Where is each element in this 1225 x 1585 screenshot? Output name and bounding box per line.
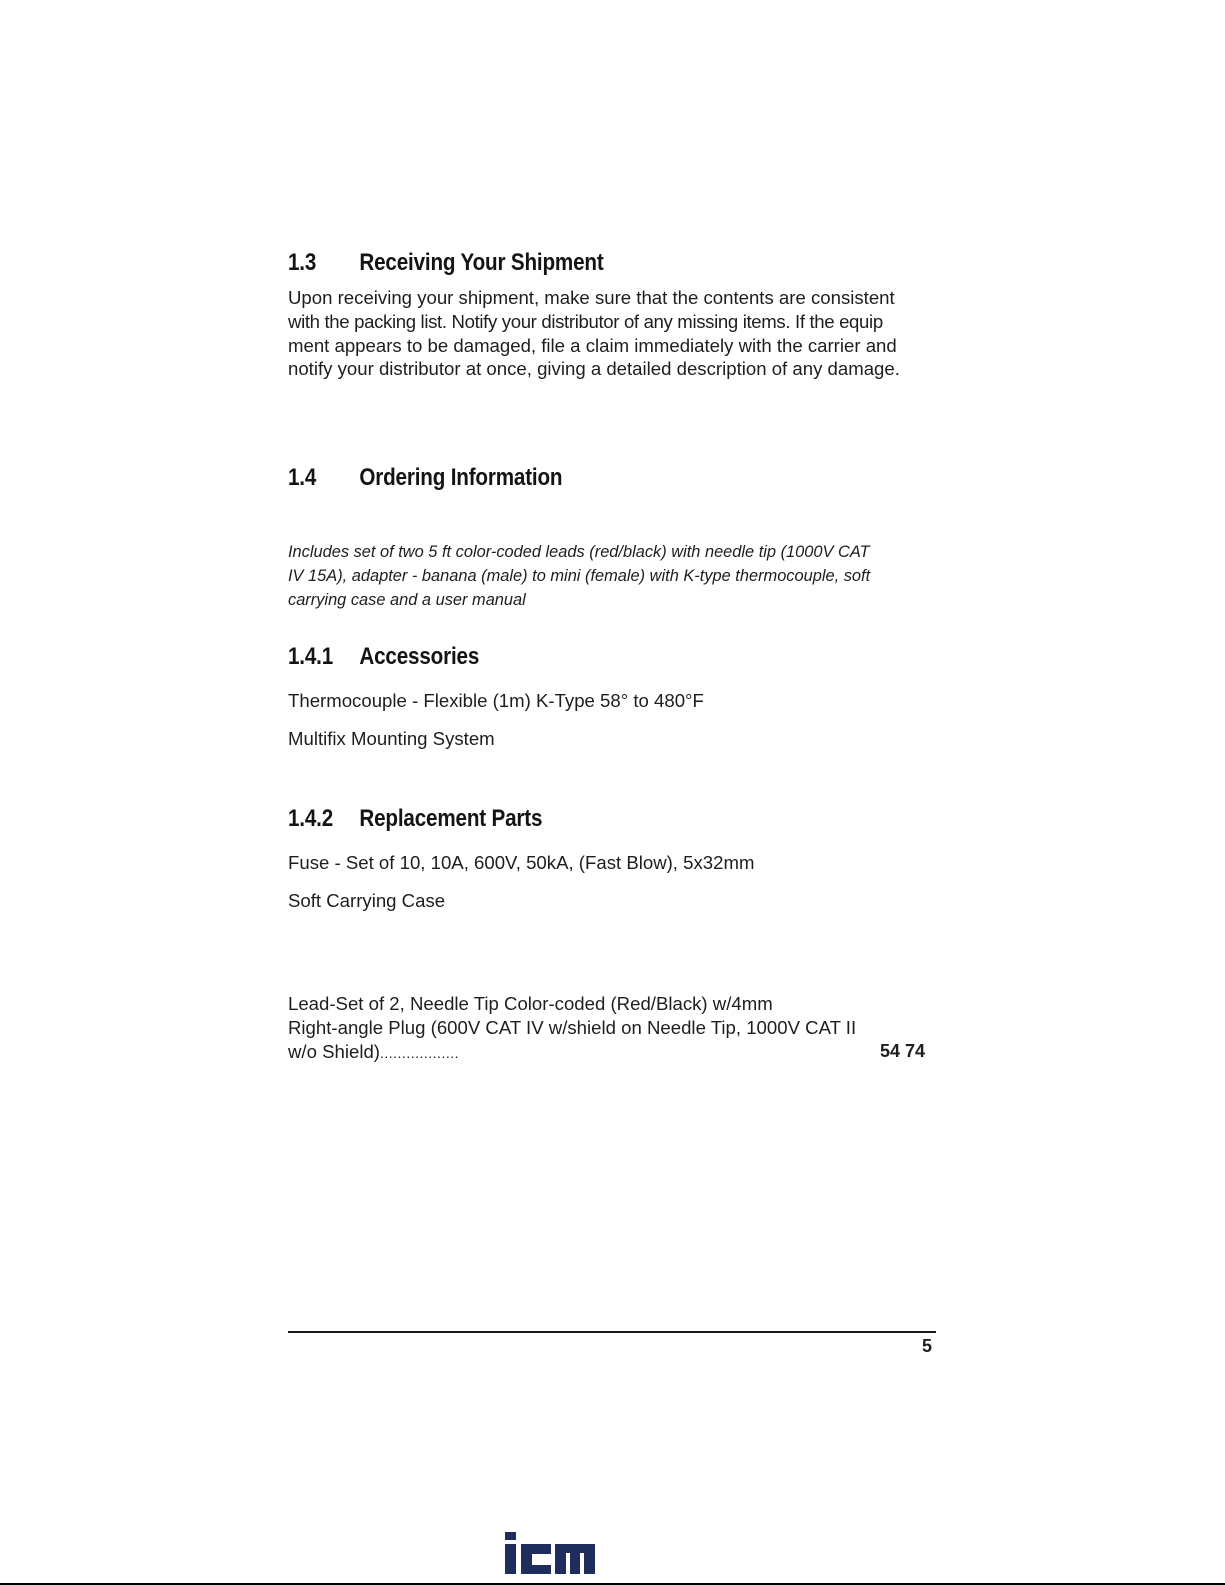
page-number: 5: [922, 1336, 932, 1357]
section-title: Accessories: [359, 643, 479, 670]
paragraph-line: notify your distributor at once, giving …: [288, 357, 900, 381]
replacement-item: Fuse - Set of 10, 10A, 600V, 50kA, (Fast…: [288, 852, 754, 874]
accessory-item: Multifix Mounting System: [288, 728, 495, 750]
paragraph-line: carrying case and a user manual: [288, 588, 870, 612]
section-number: 1.4: [288, 464, 359, 492]
item-line: Right-angle Plug (600V CAT IV w/shield o…: [288, 1016, 856, 1040]
replacement-item: Soft Carrying Case: [288, 890, 445, 912]
accessory-item: Thermocouple - Flexible (1m) K-Type 58° …: [288, 690, 704, 712]
dot-leader: ..................: [380, 1045, 459, 1061]
section-number: 1.4.2: [288, 805, 359, 833]
section-number: 1.4.1: [288, 643, 359, 671]
section-title: Replacement Parts: [359, 805, 542, 832]
section-heading-receiving: 1.3Receiving Your Shipment: [288, 249, 604, 277]
section-title: Ordering Information: [359, 464, 562, 491]
item-line-last: w/o Shield)..................: [288, 1040, 856, 1066]
lead-set-item: Lead-Set of 2, Needle Tip Color-coded (R…: [288, 992, 856, 1065]
item-line: w/o Shield): [288, 1041, 380, 1062]
item-line: Lead-Set of 2, Needle Tip Color-coded (R…: [288, 992, 856, 1016]
section-heading-replacement: 1.4.2Replacement Parts: [288, 805, 542, 833]
paragraph-line: with the packing list. Notify your distr…: [288, 310, 900, 334]
receiving-paragraph: Upon receiving your shipment, make sure …: [288, 286, 900, 381]
paragraph-line: Upon receiving your shipment, make sure …: [288, 286, 900, 310]
section-title: Receiving Your Shipment: [359, 249, 603, 276]
section-heading-ordering: 1.4Ordering Information: [288, 464, 562, 492]
ordering-includes-paragraph: Includes set of two 5 ft color-coded lea…: [288, 540, 870, 612]
section-heading-accessories: 1.4.1Accessories: [288, 643, 479, 671]
footer-rule: [288, 1331, 936, 1333]
paragraph-line: IV 15A), adapter - banana (male) to mini…: [288, 564, 870, 588]
part-number: 54 74: [880, 1041, 925, 1062]
section-number: 1.3: [288, 249, 359, 277]
itm-logo: [505, 1532, 597, 1579]
paragraph-line: Includes set of two 5 ft color-coded lea…: [288, 540, 870, 564]
paragraph-line: ment appears to be damaged, file a claim…: [288, 334, 900, 358]
itm-logo-icon: [505, 1532, 597, 1574]
